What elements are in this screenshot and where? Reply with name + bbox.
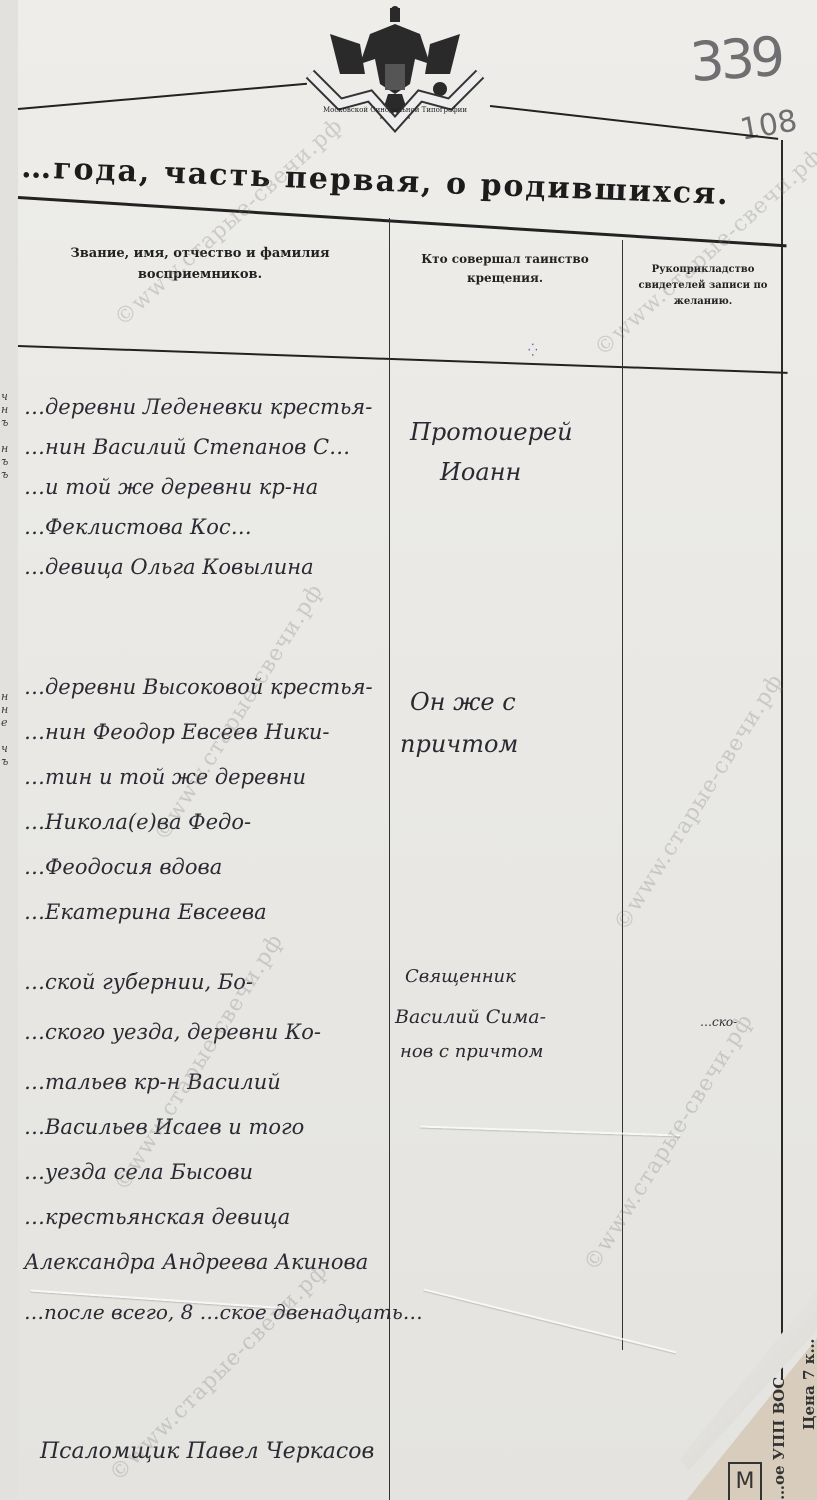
clerk-signature: Псаломщик Павел Черкасов bbox=[40, 1430, 374, 1474]
godparents-line: …Феодосия вдова bbox=[24, 845, 222, 889]
godparents-line: …ской губернии, Бо- bbox=[24, 960, 253, 1004]
previous-page-handwriting: ннечъ bbox=[1, 690, 19, 768]
cover-price-text: Цена 7 к… bbox=[800, 1339, 817, 1430]
svg-text:Московской Синодальной Типогра: Московской Синодальной Типографии bbox=[323, 106, 467, 114]
cover-stamp-text: …ое УПП ВОС bbox=[770, 1377, 788, 1500]
godparents-line: …крестьянская девица bbox=[24, 1195, 290, 1239]
baptized-by-line: причтом bbox=[400, 722, 518, 766]
baptized-by-line: Он же с bbox=[410, 680, 516, 724]
godparents-line: …Феклистова Кос… bbox=[24, 505, 252, 549]
footer-note: …после всего, 8 …ское двенадцать… bbox=[24, 1290, 423, 1334]
cover-stamp-box: М bbox=[728, 1462, 762, 1500]
godparents-line: …тальев кр-н Василий bbox=[24, 1060, 281, 1104]
baptized-by-line: Священник bbox=[405, 955, 516, 999]
frame-right-border bbox=[781, 140, 783, 1380]
godparents-line: …нин Феодор Евсеев Ники- bbox=[24, 710, 330, 754]
godparents-line: …девица Ольга Ковылина bbox=[24, 545, 314, 589]
previous-page-handwriting: чнънъъ bbox=[1, 390, 19, 481]
column-divider-2 bbox=[622, 240, 623, 1350]
godparents-line: …деревни Леденевки крестья- bbox=[24, 385, 372, 429]
page-number: 339 bbox=[688, 25, 783, 94]
godparents-line: …Екатерина Евсеева bbox=[24, 890, 267, 934]
baptized-by-line: Иоанн bbox=[440, 450, 521, 494]
godparents-line: …Никола(е)ва Федо- bbox=[24, 800, 251, 844]
baptized-by-line: Протоиерей bbox=[410, 410, 573, 454]
godparents-line: …тин и той же деревни bbox=[24, 755, 306, 799]
godparents-line: …деревни Высоковой крестья- bbox=[24, 665, 373, 709]
baptized-by-line: нов с причтом bbox=[400, 1030, 543, 1074]
godparents-line: …ского уезда, деревни Ко- bbox=[24, 1010, 321, 1054]
godparents-line: …и той же деревни кр-на bbox=[24, 465, 318, 509]
godparents-line: …нин Василий Степанов С… bbox=[24, 425, 350, 469]
ink-mark: ⁛ bbox=[528, 343, 538, 357]
column-header-baptized-by: Кто совершал таинство крещения. bbox=[400, 250, 610, 288]
